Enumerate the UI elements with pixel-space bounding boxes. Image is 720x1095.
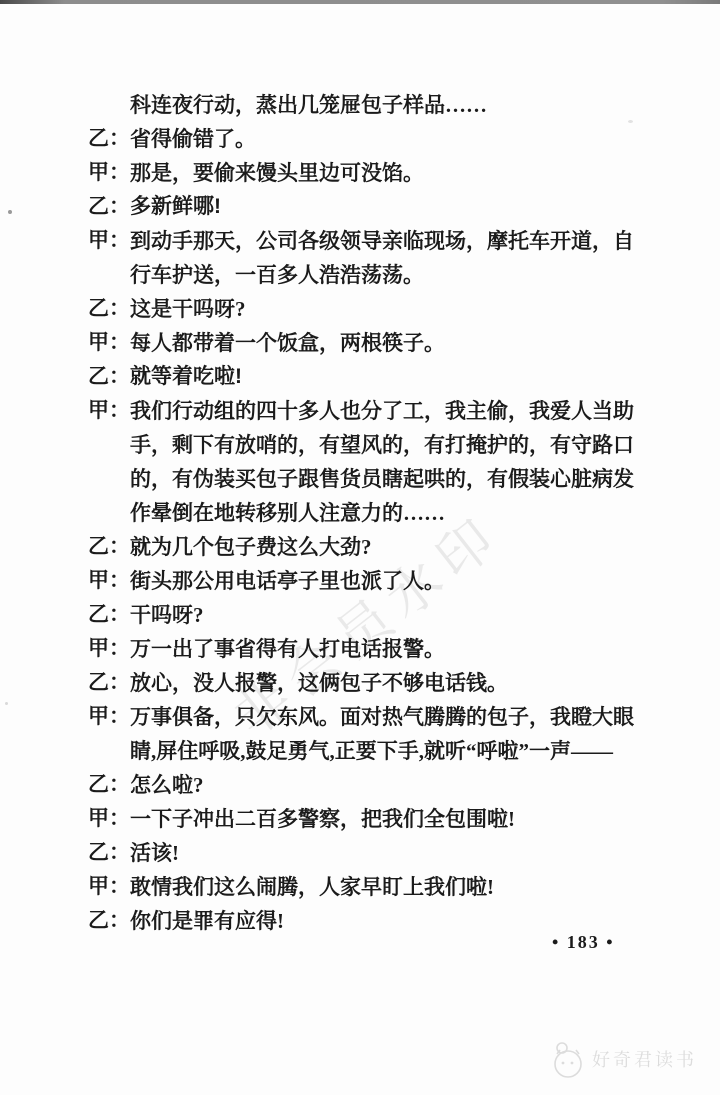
dialogue-text: 干吗呀? [130, 598, 636, 632]
speaker-label: 甲： [88, 870, 130, 904]
speaker-label: 乙： [88, 768, 130, 802]
speaker-label: 乙： [88, 292, 130, 326]
dialogue-row: 甲： 街头那公用电话亭子里也派了人。 [88, 564, 636, 598]
dialogue-row: 乙： 怎么啦? [88, 768, 636, 802]
dialogue-list: 乙： 省得偷错了。 甲： 那是，要偷来馒头里边可没馅。 乙： 多新鲜哪! 甲： … [88, 122, 636, 938]
corner-watermark-text: 好奇君读书 [592, 1046, 697, 1072]
corner-watermark: 好奇君读书 [548, 1038, 697, 1080]
dialogue-text: 多新鲜哪! [130, 190, 636, 224]
speaker-label: 甲： [88, 326, 130, 360]
dialogue-text: 万一出了事省得有人打电话报警。 [130, 632, 636, 666]
speaker-label: 甲： [88, 224, 130, 292]
dialogue-text: 一下子冲出二百多警察，把我们全包围啦! [130, 802, 636, 836]
dialogue-text: 就为几个包子费这么大劲? [130, 530, 636, 564]
scanned-book-page: 非会员水印 科连夜行动，蒸出几笼屉包子样品…… 乙： 省得偷错了。 甲： 那是，… [0, 0, 720, 1095]
dialogue-text: 万事俱备，只欠东风。面对热气腾腾的包子，我瞪大眼睛,屏住呼吸,鼓足勇气,正要下手… [130, 700, 636, 768]
dialogue-row: 乙： 省得偷错了。 [88, 122, 636, 156]
page-number: • 183 • [552, 932, 615, 953]
dialogue-row: 甲： 我们行动组的四十多人也分了工，我主偷，我爱人当助手，剩下有放哨的，有望风的… [88, 394, 636, 530]
speaker-label: 乙： [88, 360, 130, 394]
dialogue-text: 到动手那天，公司各级领导亲临现场，摩托车开道，自行车护送，一百多人浩浩荡荡。 [130, 224, 636, 292]
scan-speck [5, 702, 8, 705]
scan-artifact-top-edge [0, 0, 720, 4]
speaker-label: 乙： [88, 122, 130, 156]
dialogue-text: 街头那公用电话亭子里也派了人。 [130, 564, 636, 598]
speaker-label: 乙： [88, 836, 130, 870]
speaker-label: 甲： [88, 564, 130, 598]
dialogue-row: 乙： 就等着吃啦! [88, 360, 636, 394]
speaker-label: 乙： [88, 530, 130, 564]
speaker-label: 甲： [88, 394, 130, 530]
speaker-label: 甲： [88, 156, 130, 190]
speaker-label: 甲： [88, 632, 130, 666]
speaker-label: 甲： [88, 700, 130, 768]
dialogue-text: 怎么啦? [130, 768, 636, 802]
dialogue-row: 乙： 这是干吗呀? [88, 292, 636, 326]
speaker-label: 乙： [88, 904, 130, 938]
speaker-label: 甲： [88, 802, 130, 836]
dialogue-row: 乙： 放心，没人报警，这俩包子不够电话钱。 [88, 666, 636, 700]
dialogue-row: 甲： 那是，要偷来馒头里边可没馅。 [88, 156, 636, 190]
dialogue-row: 乙： 就为几个包子费这么大劲? [88, 530, 636, 564]
dialogue-text: 这是干吗呀? [130, 292, 636, 326]
dialogue-text: 省得偷错了。 [130, 122, 636, 156]
scan-speck [8, 210, 12, 214]
speaker-label: 乙： [88, 598, 130, 632]
dialogue-row: 甲： 万事俱备，只欠东风。面对热气腾腾的包子，我瞪大眼睛,屏住呼吸,鼓足勇气,正… [88, 700, 636, 768]
dialogue-text: 就等着吃啦! [130, 360, 636, 394]
speaker-label: 乙： [88, 666, 130, 700]
dialogue-text: 敢情我们这么闹腾，人家早盯上我们啦! [130, 870, 636, 904]
dialogue-row: 甲： 万一出了事省得有人打电话报警。 [88, 632, 636, 666]
dialogue-row: 甲： 一下子冲出二百多警察，把我们全包围啦! [88, 802, 636, 836]
dialogue-row: 乙： 多新鲜哪! [88, 190, 636, 224]
speaker-label: 乙： [88, 190, 130, 224]
dialogue-text: 放心，没人报警，这俩包子不够电话钱。 [130, 666, 636, 700]
dialogue-text-block: 科连夜行动，蒸出几笼屉包子样品…… 乙： 省得偷错了。 甲： 那是，要偷来馒头里… [88, 88, 636, 938]
dialogue-text: 那是，要偷来馒头里边可没馅。 [130, 156, 636, 190]
dialogue-row: 甲： 每人都带着一个饭盒，两根筷子。 [88, 326, 636, 360]
dialogue-row: 甲： 到动手那天，公司各级领导亲临现场，摩托车开道，自行车护送，一百多人浩浩荡荡… [88, 224, 636, 292]
dialogue-text: 我们行动组的四十多人也分了工，我主偷，我爱人当助手，剩下有放哨的，有望风的，有打… [130, 394, 636, 530]
dialogue-row: 乙： 活该! [88, 836, 636, 870]
dialogue-text: 活该! [130, 836, 636, 870]
continuation-line: 科连夜行动，蒸出几笼屉包子样品…… [88, 88, 636, 122]
dialogue-row: 甲： 敢情我们这么闹腾，人家早盯上我们啦! [88, 870, 636, 904]
dialogue-text: 每人都带着一个饭盒，两根筷子。 [130, 326, 636, 360]
dialogue-row: 乙： 干吗呀? [88, 598, 636, 632]
cat-face-logo-icon [548, 1038, 588, 1080]
